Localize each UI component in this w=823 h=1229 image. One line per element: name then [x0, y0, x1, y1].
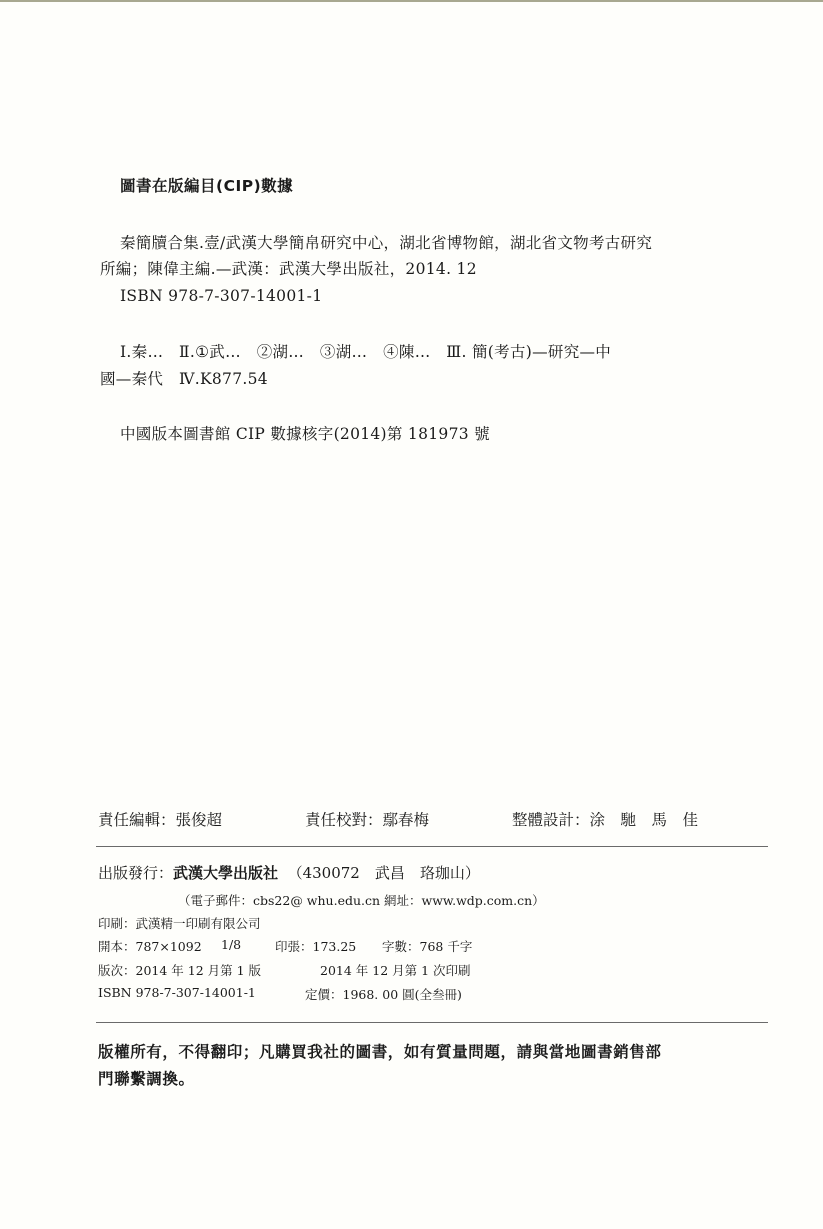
publisher-line: 出版發行：武漢大學出版社 （430072 武昌 珞珈山）: [98, 862, 480, 883]
cip-subject-line-1: Ⅰ.秦… Ⅱ.①武… ②湖… ③湖… ④陳… Ⅲ. 簡(考古)—研究—中: [120, 339, 611, 365]
designer-names: 涂 馳 馬 佳: [590, 811, 699, 829]
cip-number-line: 中國版本圖書館 CIP 數據核字(2014)第 181973 號: [120, 421, 490, 447]
price-info: 定價：1968. 00 圓(全叁冊): [305, 985, 462, 1003]
cip-record-line-2: 所編；陳偉主編.—武漢：武漢大學出版社，2014. 12: [100, 256, 477, 282]
format-info: 開本：787×1092: [98, 937, 202, 955]
publisher-label: 出版發行：: [98, 864, 173, 882]
proofreader-name: 鄢春梅: [383, 811, 430, 829]
editor-name: 張俊超: [176, 811, 223, 829]
divider-rule-2: [96, 1022, 768, 1023]
divider-rule-1: [96, 846, 768, 847]
publisher-address: （430072 武昌 珞珈山）: [288, 864, 480, 882]
cip-record-line-1: 秦簡牘合集.壹/武漢大學簡帛研究中心，湖北省博物館，湖北省文物考古研究: [120, 230, 652, 256]
proofreader-label: 責任校對：: [305, 811, 383, 829]
copyright-notice-line-2: 門聯繫調換。: [98, 1067, 195, 1089]
printing-info: 2014 年 12 月第 1 次印刷: [320, 961, 471, 979]
fold-info: 1/8: [221, 937, 241, 952]
publisher-name: 武漢大學出版社: [173, 864, 278, 882]
cip-subject-line-2: 國—秦代 Ⅳ.K877.54: [100, 366, 268, 392]
edition-info: 版次：2014 年 12 月第 1 版: [98, 961, 261, 979]
copyright-notice-line-1: 版權所有，不得翻印；凡購買我社的圖書，如有質量問題，請與當地圖書銷售部: [98, 1040, 662, 1062]
cip-title: 圖書在版編目(CIP)數據: [120, 174, 293, 196]
isbn-info: ISBN 978-7-307-14001-1: [98, 985, 256, 1000]
word-count-info: 字數：768 千字: [382, 937, 472, 955]
editor-label: 責任編輯：: [98, 811, 176, 829]
printer-line: 印刷：武漢精一印刷有限公司: [98, 914, 261, 932]
sheets-info: 印張：173.25: [275, 937, 356, 955]
designer-label: 整體設計：: [512, 811, 590, 829]
credit-proofreader: 責任校對：鄢春梅: [305, 808, 429, 830]
cip-isbn: ISBN 978-7-307-14001-1: [120, 283, 322, 309]
credit-editor: 責任編輯：張俊超: [98, 808, 222, 830]
contact-line: （電子郵件：cbs22@ whu.edu.cn 網址：www.wdp.com.c…: [178, 891, 545, 909]
credit-designer: 整體設計：涂 馳 馬 佳: [512, 808, 698, 830]
